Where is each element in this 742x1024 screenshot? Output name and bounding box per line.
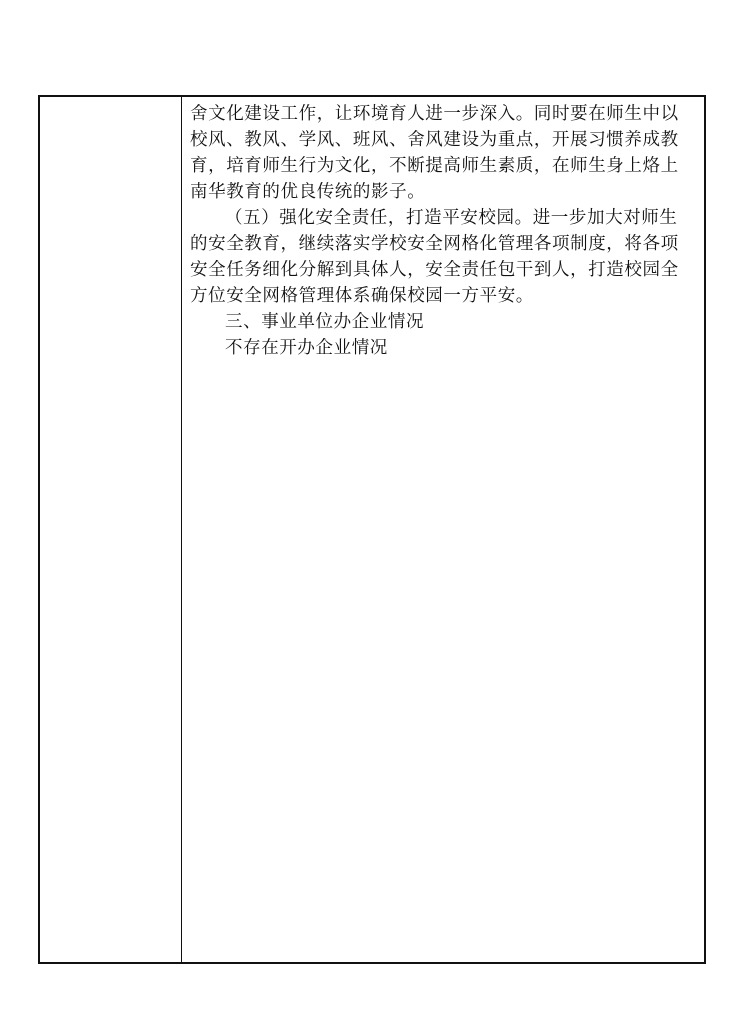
text-line: 的安全教育，继续落实学校安全网格化管理各项制度，将各项 — [190, 231, 698, 257]
text-line: 不存在开办企业情况 — [190, 335, 698, 361]
content-cell: 舍文化建设工作，让环境育人进一步深入。同时要在师生中以 校风、教风、学风、班风、… — [182, 97, 704, 962]
text-line: 育，培育师生行为文化，不断提高师生素质，在师生身上烙上 — [190, 153, 698, 179]
label-cell — [40, 97, 182, 962]
section-heading-five: （五）强化安全责任，打造平安校园。进一步加大对师生 — [190, 205, 698, 231]
document-table: 舍文化建设工作，让环境育人进一步深入。同时要在师生中以 校风、教风、学风、班风、… — [38, 95, 706, 964]
text-line: 安全任务细化分解到具体人，安全责任包干到人，打造校园全 — [190, 257, 698, 283]
section-heading-three: 三、事业单位办企业情况 — [190, 309, 698, 335]
text-line: 舍文化建设工作，让环境育人进一步深入。同时要在师生中以 — [190, 101, 698, 127]
text-line: 南华教育的优良传统的影子。 — [190, 179, 698, 205]
text-line: 方位安全网格管理体系确保校园一方平安。 — [190, 283, 698, 309]
text-line: 校风、教风、学风、班风、舍风建设为重点，开展习惯养成教 — [190, 127, 698, 153]
